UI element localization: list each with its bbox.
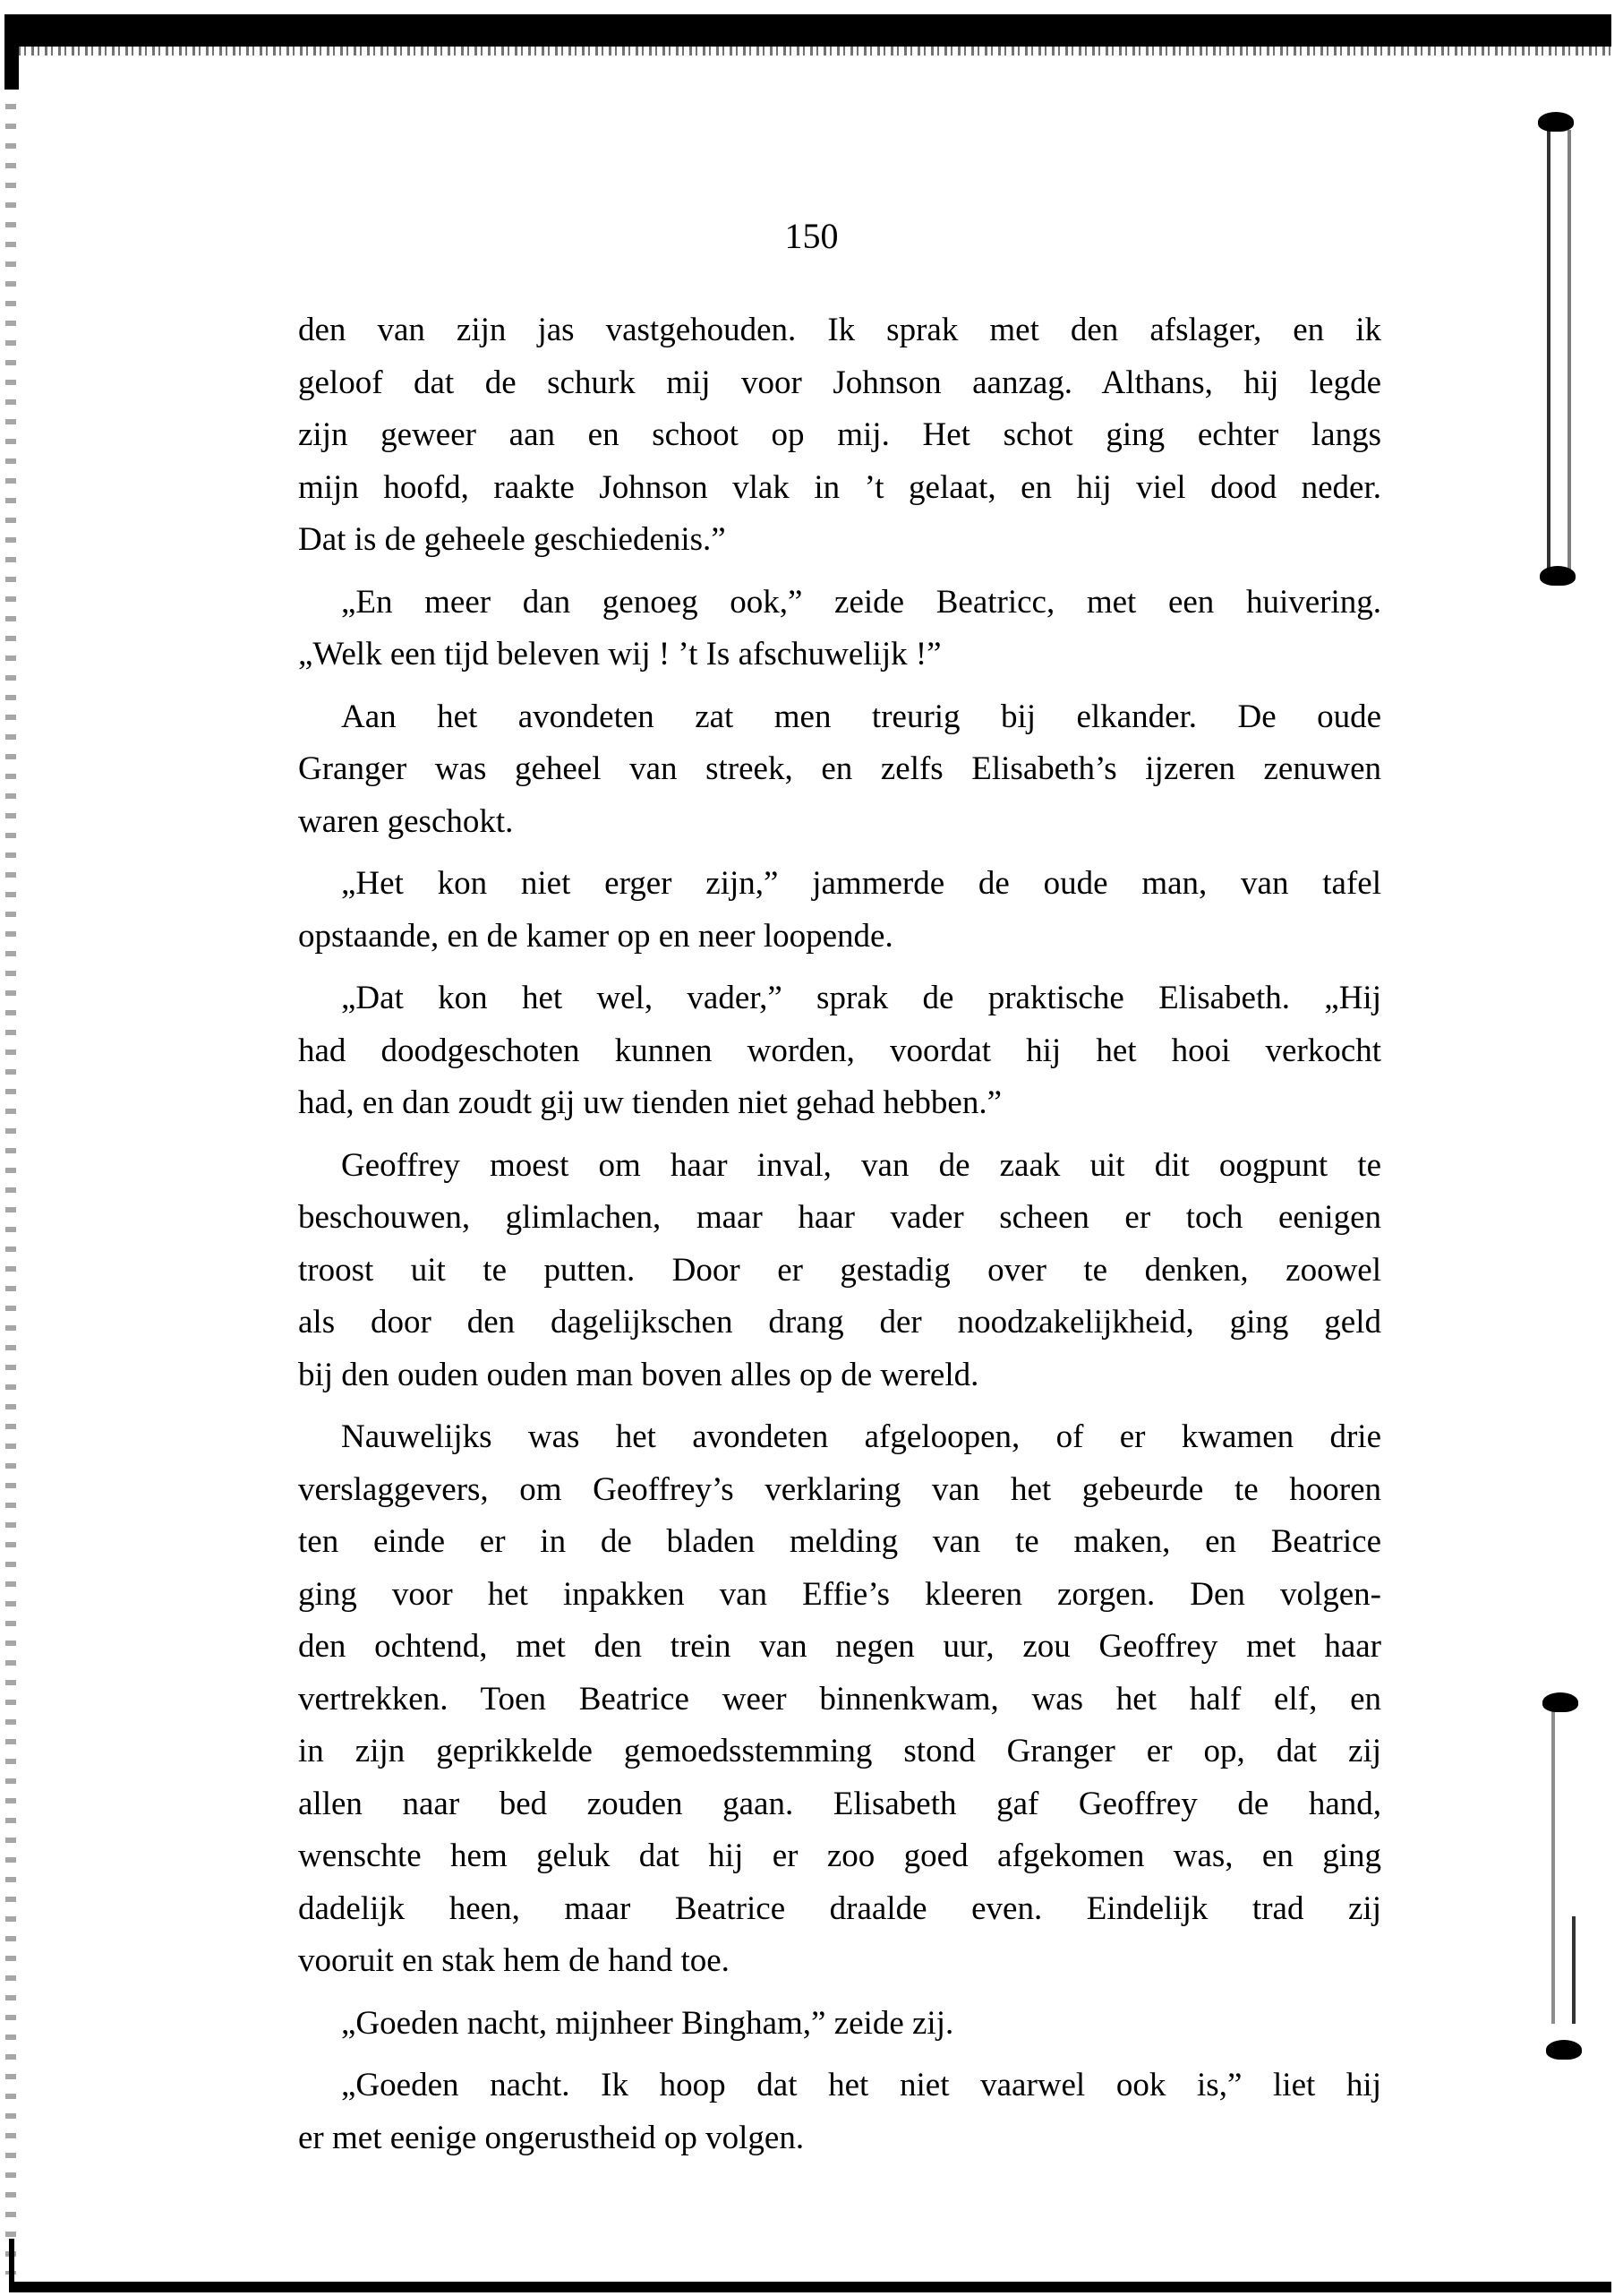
- paragraph: Nauwelijks was het avondeten afgeloopen,…: [298, 1411, 1381, 1988]
- text-line: troost uit te putten. Door er gestadig o…: [298, 1245, 1381, 1298]
- scan-border-bottom-corner: [9, 2239, 14, 2292]
- paragraph: „En meer dan genoeg ook,” zeide Beatricc…: [298, 577, 1381, 681]
- paragraph: „Goeden nacht. Ik hoop dat het niet vaar…: [298, 2060, 1381, 2164]
- paragraph: den van zijn jas vastgehouden. Ik sprak …: [298, 304, 1381, 567]
- text-line: Nauwelijks was het avondeten afgeloopen,…: [298, 1411, 1381, 1464]
- text-line: wenschte hem geluk dat hij er zoo goed a…: [298, 1830, 1381, 1883]
- paragraph: „Dat kon het wel, vader,” sprak de prakt…: [298, 972, 1381, 1130]
- text-line: „Goeden nacht, mijnheer Bingham,” zeide …: [298, 1998, 1381, 2051]
- clasp-top-rail-icon: [1547, 130, 1550, 573]
- text-line: ging voor het inpakken van Effie’s kleer…: [298, 1569, 1381, 1622]
- paragraph: „Goeden nacht, mijnheer Bingham,” zeide …: [298, 1998, 1381, 2051]
- scan-border-top: [4, 14, 1611, 47]
- text-line: Dat is de geheele geschiedenis.”: [298, 514, 1381, 567]
- text-line: „En meer dan genoeg ook,” zeide Beatricc…: [298, 577, 1381, 630]
- text-line: geloof dat de schurk mij voor Johnson aa…: [298, 357, 1381, 410]
- text-line: Aan het avondeten zat men treurig bij el…: [298, 691, 1381, 744]
- text-line: vertrekken. Toen Beatrice weer binnenkwa…: [298, 1674, 1381, 1726]
- text-line: had doodgeschoten kunnen worden, voordat…: [298, 1025, 1381, 1078]
- text-line: als door den dagelijkschen drang der noo…: [298, 1297, 1381, 1349]
- text-line: er met eenige ongerustheid op volgen.: [298, 2112, 1381, 2165]
- text-line: „Dat kon het wel, vader,” sprak de prakt…: [298, 972, 1381, 1025]
- page-number: 150: [0, 215, 1623, 257]
- paragraph: „Het kon niet erger zijn,” jammerde de o…: [298, 858, 1381, 963]
- text-line: had, en dan zoudt gij uw tienden niet ge…: [298, 1077, 1381, 1130]
- scan-border-left: [5, 45, 16, 2275]
- text-line: waren geschokt.: [298, 796, 1381, 849]
- clasp-bottom-rail-icon: [1551, 1710, 1555, 2024]
- scan-border-top-noise: [18, 47, 1611, 56]
- text-line: den ochtend, met den trein van negen uur…: [298, 1621, 1381, 1674]
- text-line: allen naar bed zouden gaan. Elisabeth ga…: [298, 1778, 1381, 1831]
- text-line: vooruit en stak hem de hand toe.: [298, 1935, 1381, 1988]
- text-line: „Het kon niet erger zijn,” jammerde de o…: [298, 858, 1381, 911]
- text-line: beschouwen, glimlachen, maar haar vader …: [298, 1192, 1381, 1245]
- clasp-bottom-lower-icon: [1546, 2040, 1582, 2060]
- text-line: mijn hoofd, raakte Johnson vlak in ’t ge…: [298, 462, 1381, 515]
- clasp-bottom-rail-icon: [1572, 1916, 1576, 2024]
- clasp-top-lower-icon: [1540, 566, 1576, 586]
- paragraph: Geoffrey moest om haar inval, van de zaa…: [298, 1140, 1381, 1402]
- text-line: Geoffrey moest om haar inval, van de zaa…: [298, 1140, 1381, 1193]
- text-line: in zijn geprikkelde gemoedsstemming ston…: [298, 1726, 1381, 1778]
- text-line: dadelijk heen, maar Beatrice draalde eve…: [298, 1883, 1381, 1936]
- clasp-bottom-upper-icon: [1542, 1692, 1578, 1712]
- text-line: zijn geweer aan en schoot op mij. Het sc…: [298, 409, 1381, 462]
- text-line: bij den ouden ouden man boven alles op d…: [298, 1349, 1381, 1402]
- text-line: „Welk een tijd beleven wij ! ’t Is afsch…: [298, 629, 1381, 681]
- text-line: den van zijn jas vastgehouden. Ik sprak …: [298, 304, 1381, 357]
- scan-border-bottom: [9, 2282, 1611, 2292]
- text-line: „Goeden nacht. Ik hoop dat het niet vaar…: [298, 2060, 1381, 2112]
- text-line: opstaande, en de kamer op en neer loopen…: [298, 911, 1381, 964]
- clasp-top-upper-icon: [1538, 112, 1574, 132]
- text-line: Granger was geheel van streek, en zelfs …: [298, 743, 1381, 796]
- paragraph: Aan het avondeten zat men treurig bij el…: [298, 691, 1381, 849]
- text-line: ten einde er in de bladen melding van te…: [298, 1516, 1381, 1569]
- page-body-text: den van zijn jas vastgehouden. Ik sprak …: [298, 304, 1381, 2174]
- clasp-top-rail-icon: [1567, 130, 1571, 573]
- text-line: verslaggevers, om Geoffrey’s verklaring …: [298, 1464, 1381, 1517]
